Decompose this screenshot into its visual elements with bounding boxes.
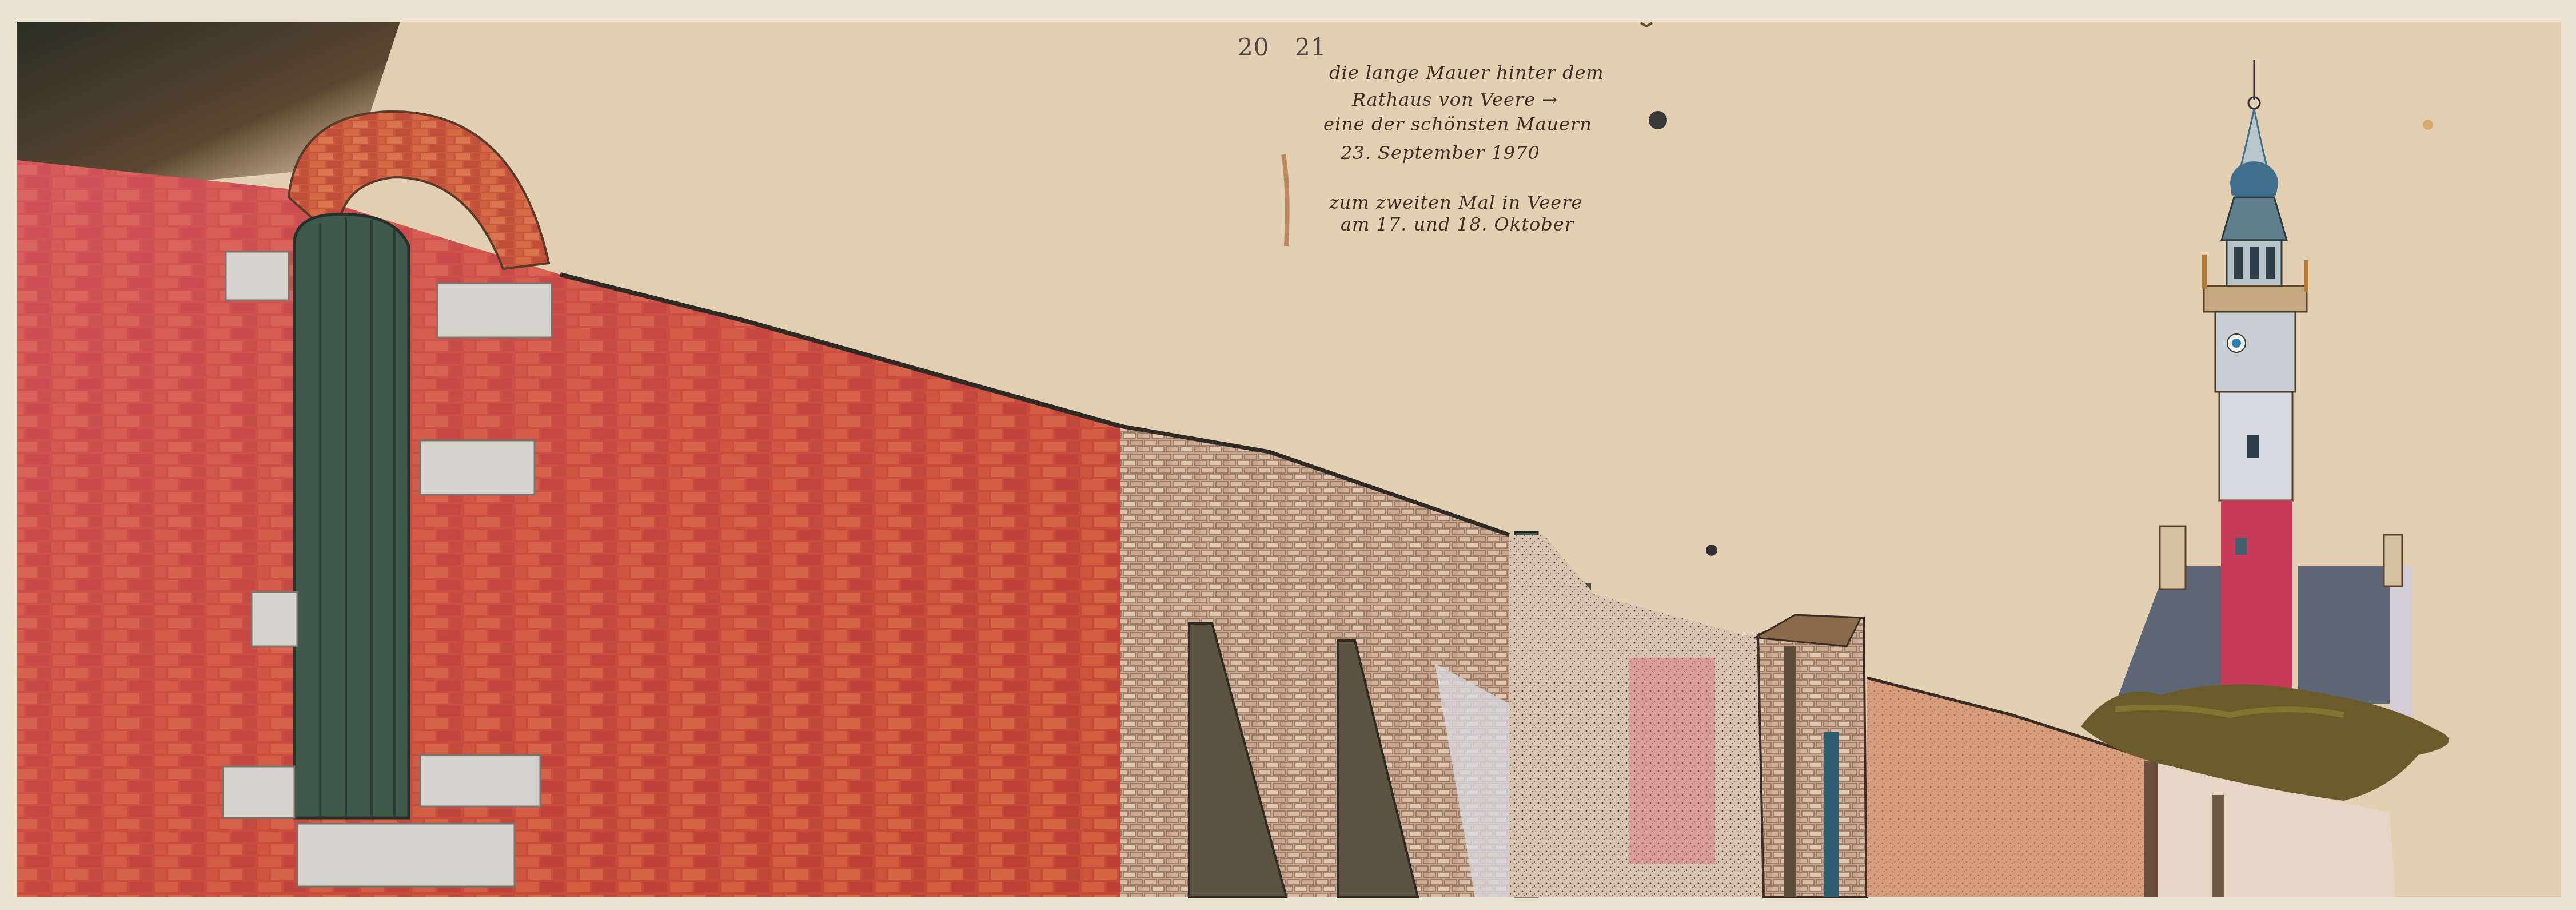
chimney xyxy=(2384,535,2402,586)
ivy-covered-tower-base xyxy=(2221,500,2292,689)
page-number-right: 21 xyxy=(1295,33,1326,61)
painting xyxy=(0,0,2576,910)
inscription-line-1: die lange Mauer hinter dem xyxy=(1329,62,1604,84)
chimney xyxy=(2160,526,2186,589)
ink-dot xyxy=(1706,545,1717,556)
inscription-line-3: eine der schönsten Mauern xyxy=(1323,113,1592,135)
stain xyxy=(1283,154,1287,246)
green-door xyxy=(294,214,409,818)
roof-right xyxy=(2298,566,2390,704)
page-number-left: 20 xyxy=(1238,33,1269,61)
ink-dot xyxy=(1649,111,1667,129)
inscription-line-4: 23. September 1970 xyxy=(1341,142,1540,164)
wall-pier xyxy=(1758,618,1867,897)
wall-middle-pale xyxy=(1120,426,1509,897)
inscription-line-6: am 17. und 18. Oktober xyxy=(1341,213,1574,235)
inscription-line-2: Rathaus von Veere → xyxy=(1352,89,1558,110)
inscription-line-5: zum zweiten Mal in Veere xyxy=(1329,192,1583,213)
